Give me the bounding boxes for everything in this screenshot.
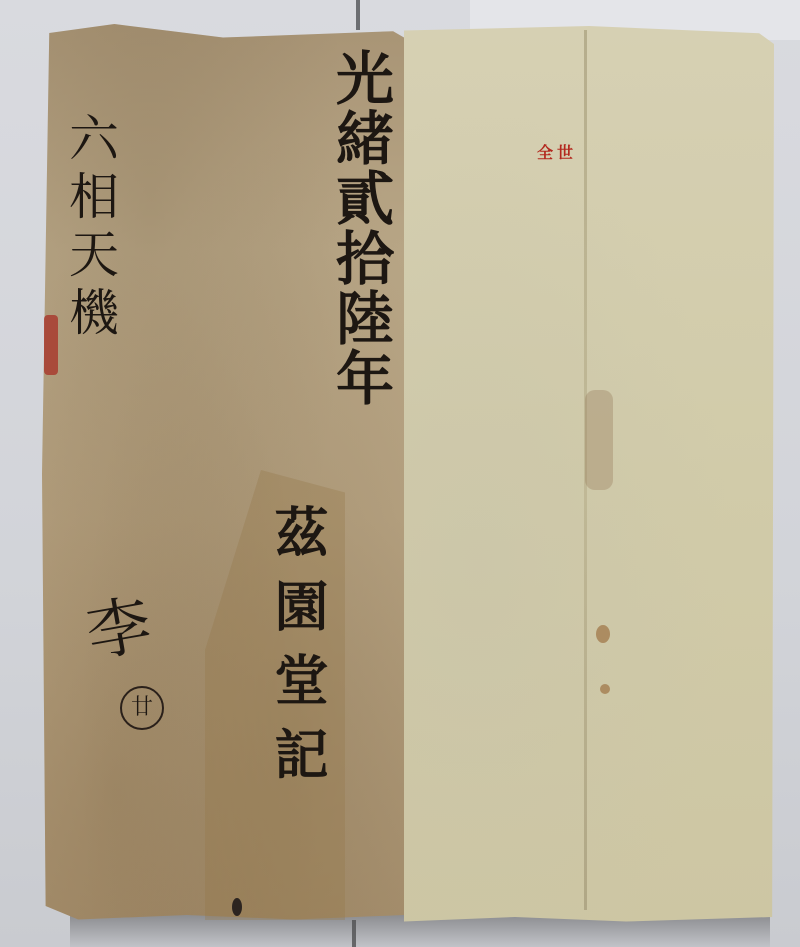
red-seal-mark [44,315,58,375]
cover-hall-name: 茲園堂記 [266,504,330,800]
background-divider [356,0,360,30]
cover-date-title: 光緒貳拾陸年 [328,48,392,408]
cover-hole [232,898,242,916]
page-spot [596,625,610,643]
page-red-label: 全世 [537,140,577,163]
page-spot [600,684,610,694]
cover-left-title: 六相天機 [62,112,118,344]
circled-mark: 廿 [120,686,164,730]
page-stain [585,390,613,490]
